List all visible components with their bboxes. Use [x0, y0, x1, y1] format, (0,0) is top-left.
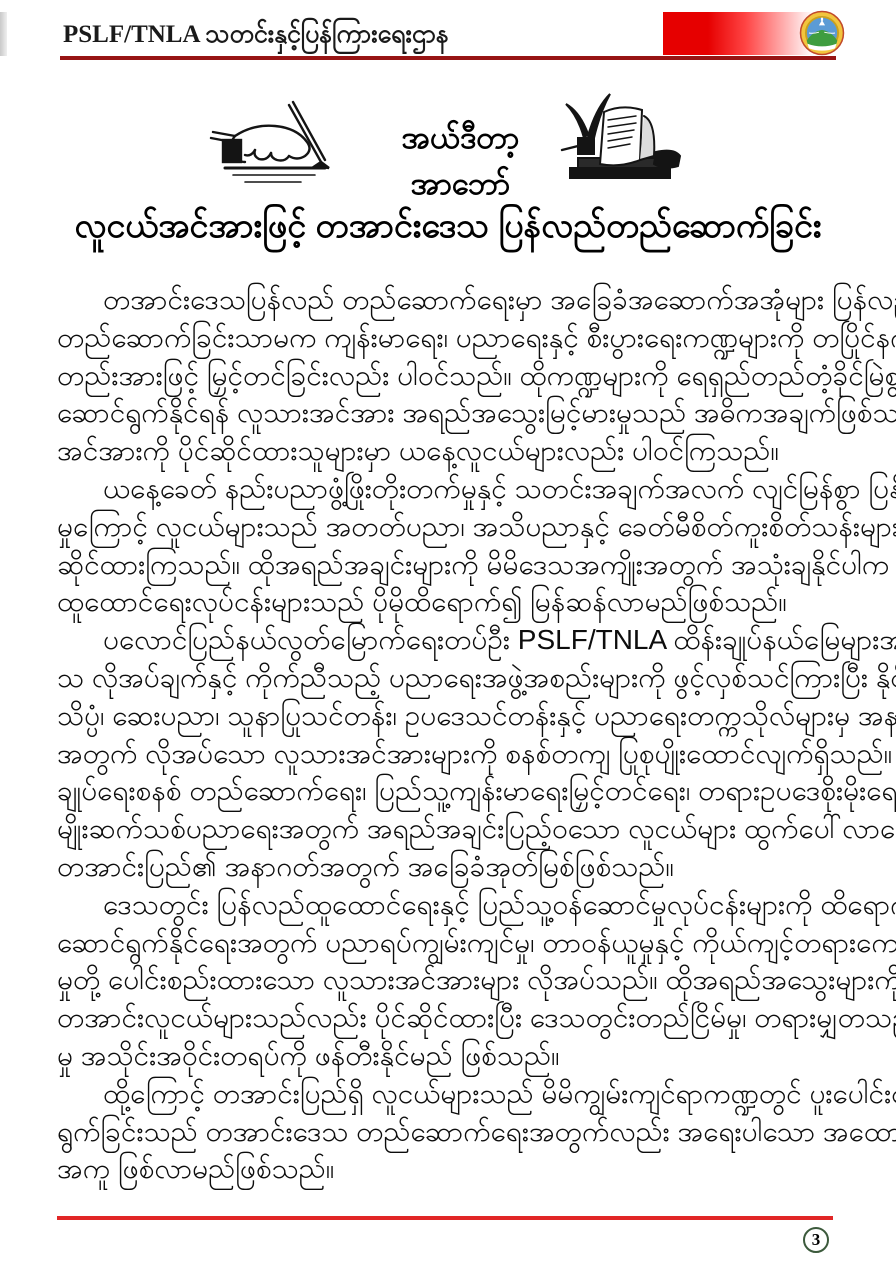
article-paragraph: ပလောင်ပြည်နယ်လွတ်မြောက်ရေးတပ်ဦး PSLF/TNL… — [57, 621, 840, 886]
article-paragraph: ယနေ့ခေတ် နည်းပညာဖွံ့ဖြိုးတိုးတက်မှုနှင့်… — [57, 470, 840, 621]
article-line: အတွက် လိုအပ်သော လူသားအင်အားများကို စနစ်တ… — [57, 735, 840, 773]
scan-artifact — [0, 12, 7, 56]
article-paragraph: ထို့ကြောင့် တအာင်းပြည်ရှိ လူငယ်များသည် မ… — [57, 1075, 840, 1188]
article-line: တည်ဆောက်ခြင်းသာမက ကျန်းမာရေး၊ ပညာရေးနှင့… — [57, 319, 840, 357]
article-line: သ လိုအပ်ချက်နှင့် ကိုက်ညီသည့် ပညာရေးအဖွဲ… — [57, 659, 840, 697]
article-paragraph: တအာင်းဒေသပြန်လည် တည်ဆောက်ရေးမှာ အခြေခံအဆ… — [57, 281, 840, 470]
article-line: တအာင်းဒေသပြန်လည် တည်ဆောက်ရေးမှာ အခြေခံအဆ… — [57, 281, 840, 319]
article-line: ဆောင်ရွက်နိုင်ရန် လူသားအင်အား အရည်အသွေးမ… — [57, 394, 840, 432]
article-line: ယနေ့ခေတ် နည်းပညာဖွံ့ဖြိုးတိုးတက်မှုနှင့်… — [57, 470, 840, 508]
article-line: သိပ္ပံ၊ ဆေးပညာ၊ သူနာပြုသင်တန်း၊ ဥပဒေသင်တ… — [57, 697, 840, 735]
article-line: ထူထောင်ရေးလုပ်ငန်းများသည် ပိုမိုထိရောက်၍… — [57, 583, 840, 621]
article-line: အကူ ဖြစ်လာမည်ဖြစ်သည်။ — [57, 1150, 840, 1188]
article-line: ချုပ်ရေးစနစ် တည်ဆောက်ရေး၊ ပြည်သူ့ကျန်းမာ… — [57, 772, 840, 810]
article-line: မှုကြောင့် လူငယ်များသည် အတတ်ပညာ၊ အသိပညာန… — [57, 508, 840, 546]
editorial-banner-label: အယ်ဒီတာ့အာဘော် — [358, 118, 563, 210]
masthead-title: PSLF/TNLA သတင်းနှင့်ပြန်ကြားရေးဌာန — [63, 18, 449, 55]
article-paragraph: ဒေသတွင်း ပြန်လည်ထူထောင်ရေးနှင့် ပြည်သူ့ဝ… — [57, 886, 840, 1075]
pslf-tnla-emblem-icon — [799, 10, 845, 56]
article-line: မှု အသိုင်းအဝိုင်းတရပ်ကို ဖန်တီးနိုင်မည်… — [57, 1037, 840, 1075]
header-rule — [60, 56, 836, 60]
article-line: ထို့ကြောင့် တအာင်းပြည်ရှိ လူငယ်များသည် မ… — [57, 1075, 840, 1113]
article-line: တအာင်းပြည်၏ အနာဂတ်အတွက် အခြေခံအုတ်မြစ်ဖြ… — [57, 848, 840, 886]
article-title: လူငယ်အင်အားဖြင့် တအာင်းဒေသ ပြန်လည်တည်ဆော… — [0, 203, 896, 254]
article-line: ဒေသတွင်း ပြန်လည်ထူထောင်ရေးနှင့် ပြည်သူ့ဝ… — [57, 886, 840, 924]
article-line: အင်အားကို ပိုင်ဆိုင်ထားသူများမှာ ယနေ့လူင… — [57, 432, 840, 470]
quill-inkwell-books-icon — [552, 86, 688, 194]
hand-writing-pen-icon — [205, 98, 350, 193]
footer-rule — [57, 1216, 833, 1220]
page-number: 3 — [812, 1230, 821, 1250]
article-line: မျိုးဆက်သစ်ပညာရေးအတွက် အရည်အချင်းပြည့်ဝသ… — [57, 810, 840, 848]
article-body: တအာင်းဒေသပြန်လည် တည်ဆောက်ရေးမှာ အခြေခံအဆ… — [57, 281, 840, 1188]
page-number-badge: 3 — [803, 1227, 829, 1253]
article-line: တအာင်းလူငယ်များသည်လည်း ပိုင်ဆိုင်ထားပြီး… — [57, 999, 840, 1037]
article-line: ဆိုင်ထားကြသည်။ ထိုအရည်အချင်းများကို မိမိ… — [57, 546, 840, 584]
article-line: တည်းအားဖြင့် မြှင့်တင်ခြင်းလည်း ပါဝင်သည်… — [57, 357, 840, 395]
article-line: ရွက်ခြင်းသည် တအာင်းဒေသ တည်ဆောက်ရေးအတွက်လ… — [57, 1113, 840, 1151]
article-line: မှုတို့ ပေါင်းစည်းထားသော လူသားအင်အားများ… — [57, 961, 840, 999]
header-red-bar — [663, 12, 813, 55]
article-line: ဆောင်ရွက်နိုင်ရေးအတွက် ပညာရပ်ကျွမ်းကျင်မ… — [57, 924, 840, 962]
article-line: ပလောင်ပြည်နယ်လွတ်မြောက်ရေးတပ်ဦး PSLF/TNL… — [57, 621, 840, 659]
